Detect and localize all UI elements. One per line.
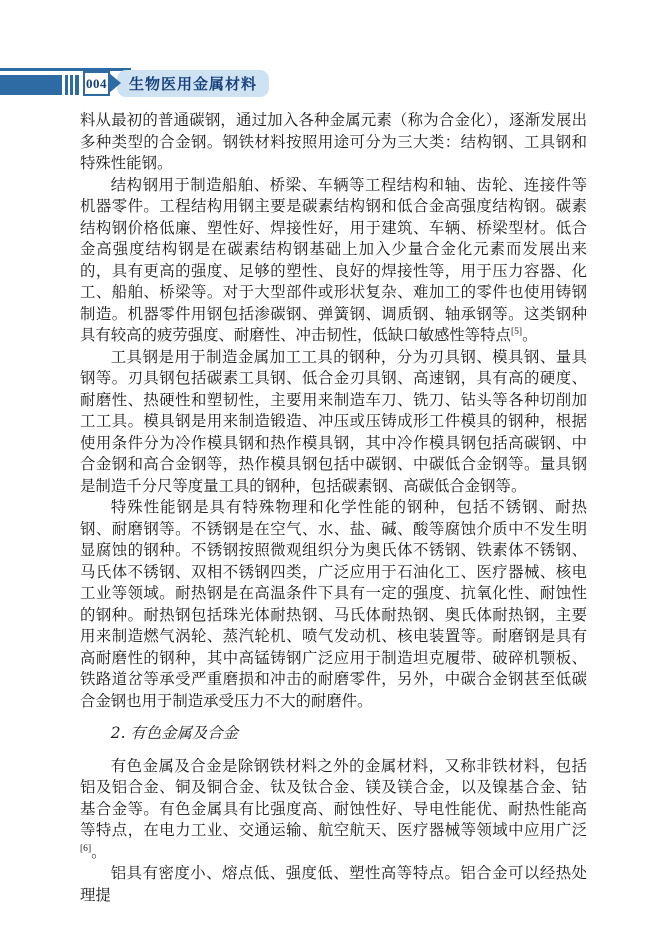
paragraph: 特殊性能钢是具有特殊物理和化学性能的钢种，包括不锈钢、耐热钢、耐磨钢等。不锈钢是… [80, 497, 587, 712]
paragraph-text: 结构钢用于制造船舶、桥梁、车辆等工程结构和轴、齿轮、连接件等机器零件。工程结构用… [80, 177, 587, 345]
book-page: 004 生物医用金属材料 料从最初的普通碳钢，通过加入各种金属元素（称为合金化）… [0, 0, 661, 925]
paragraph: 料从最初的普通碳钢，通过加入各种金属元素（称为合金化），逐渐发展出多种类型的合金… [80, 110, 587, 175]
paragraph: 结构钢用于制造船舶、桥梁、车辆等工程结构和轴、齿轮、连接件等机器零件。工程结构用… [80, 175, 587, 347]
paragraph: 工具钢是用于制造金属加工工具的钢种，分为刃具钢、模具钢、量具钢等。刃具钢包括碳素… [80, 347, 587, 498]
paragraph-text: 料从最初的普通碳钢，通过加入各种金属元素（称为合金化），逐渐发展出多种类型的合金… [80, 112, 587, 172]
paragraph-text: 有色金属及合金是除钢铁材料之外的金属材料，又称非铁材料，包括铝及铝合金、铜及铜合… [80, 758, 587, 840]
paragraph-text: 。 [91, 844, 106, 861]
paragraph: 有色金属及合金是除钢铁材料之外的金属材料，又称非铁材料，包括铝及铝合金、铜及铜合… [80, 756, 587, 864]
citation-ref: [5] [511, 326, 522, 337]
header-stripe [75, 75, 79, 95]
header-rule [0, 68, 131, 71]
title-badge: 生物医用金属材料 [117, 70, 269, 97]
paragraph: 铝具有密度小、熔点低、强度低、塑性高等特点。铝合金可以经热处理提 [80, 863, 587, 906]
paragraph-text: 铝具有密度小、熔点低、强度低、塑性高等特点。铝合金可以经热处理提 [80, 865, 587, 904]
section-heading: 2. 有色金属及合金 [80, 723, 587, 745]
header-stripe [70, 75, 73, 95]
arrow-right-icon [109, 73, 121, 93]
header-bar [0, 75, 62, 95]
citation-ref: [6] [80, 842, 91, 853]
paragraph-text: 特殊性能钢是具有特殊物理和化学性能的钢种，包括不锈钢、耐热钢、耐磨钢等。不锈钢是… [80, 499, 587, 710]
paragraph-text: 。 [522, 327, 537, 344]
text-content: 料从最初的普通碳钢，通过加入各种金属元素（称为合金化），逐渐发展出多种类型的合金… [80, 110, 587, 906]
page-number-box: 004 [83, 70, 110, 96]
page-number: 004 [86, 76, 107, 92]
paragraph-text: 2. 有色金属及合金 [111, 724, 238, 742]
paragraph-text: 工具钢是用于制造金属加工工具的钢种，分为刃具钢、模具钢、量具钢等。刃具钢包括碳素… [80, 349, 587, 495]
header-stripe [65, 75, 68, 95]
book-title: 生物医用金属材料 [129, 73, 257, 94]
